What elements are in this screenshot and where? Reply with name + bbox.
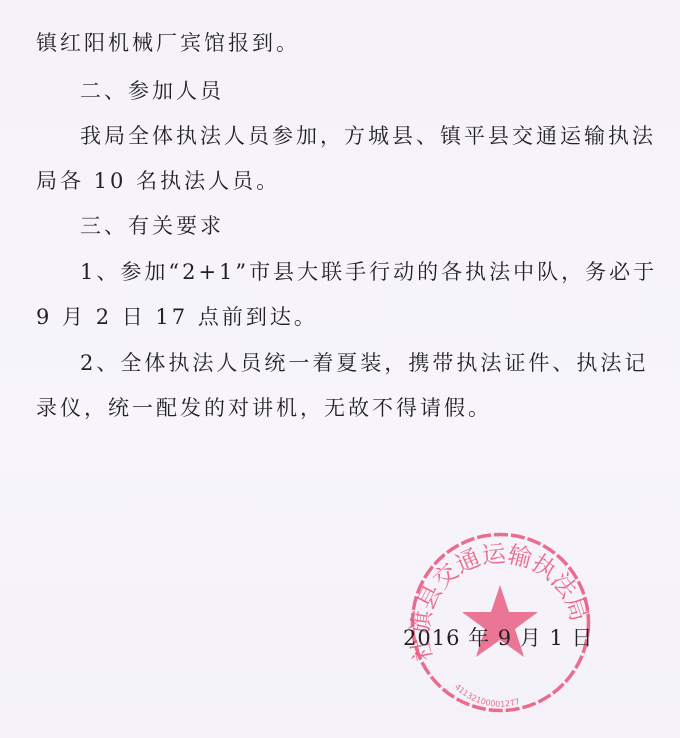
text-line: 镇红阳机械厂宾馆报到。: [36, 33, 300, 54]
text-line: 1、参加“2+1”市县大联手行动的各执法中队，务必于: [80, 262, 657, 283]
text-line: 录仪，统一配发的对讲机，无故不得请假。: [36, 398, 492, 419]
svg-text:41132100001277: 41132100001277: [453, 682, 521, 708]
document-page: 镇红阳机械厂宾馆报到。 二、参加人员 我局全体执法人员参加，方城县、镇平县交通运…: [0, 0, 680, 738]
signing-date: 2016 年 9 月 1 日: [403, 622, 594, 652]
text-line: 2、全体执法人员统一着夏装，携带执法证件、执法记: [80, 353, 648, 374]
section-heading: 三、有关要求: [80, 216, 224, 237]
text-line: 局各 10 名执法人员。: [36, 171, 280, 192]
section-heading: 二、参加人员: [80, 81, 224, 102]
text-line: 我局全体执法人员参加，方城县、镇平县交通运输执法: [80, 126, 656, 147]
text-line: 9 月 2 日 17 点前到达。: [36, 307, 318, 328]
